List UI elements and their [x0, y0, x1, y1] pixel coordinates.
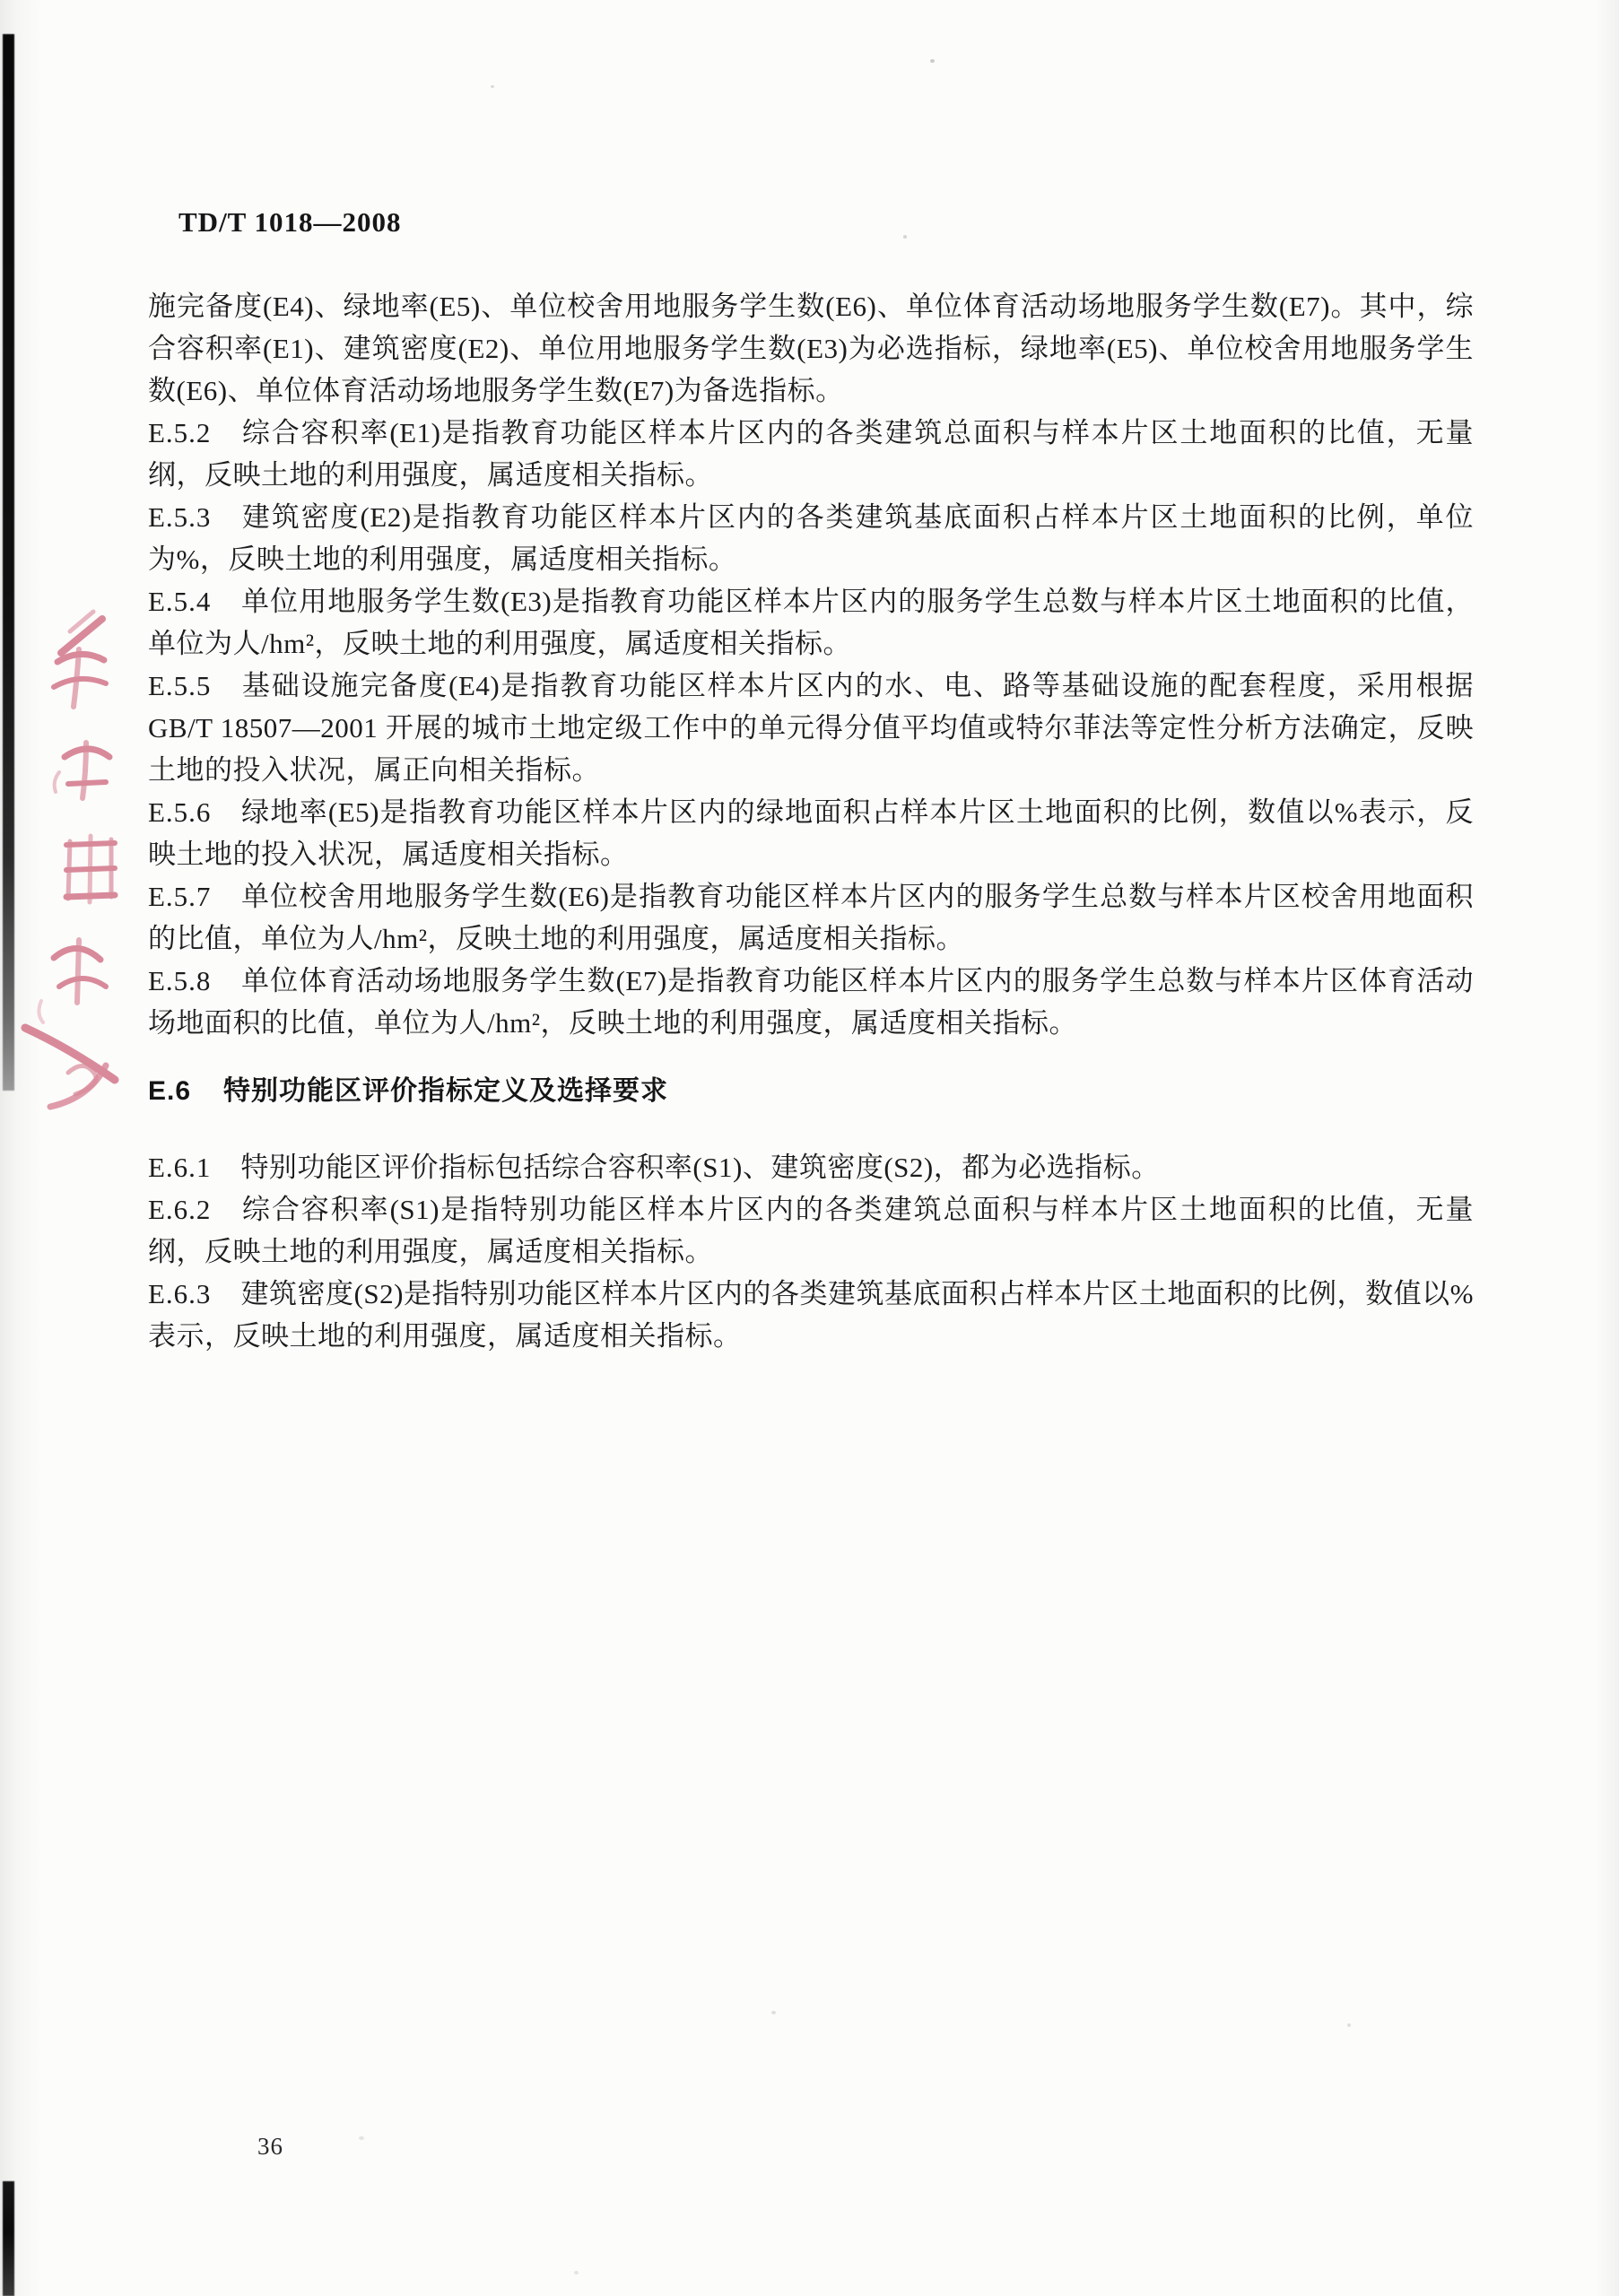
clause-text: 单位体育活动场地服务学生数(E7)是指教育功能区样本片区内的服务学生总数与样本片… [148, 965, 1474, 1039]
paragraph-continuation: 施完备度(E4)、绿地率(E5)、单位校舍用地服务学生数(E6)、单位体育活动场… [148, 285, 1474, 412]
red-ink-seal-icon [14, 606, 127, 1114]
scan-artifact-bar-top [3, 34, 14, 1091]
clause-e52: E.5.2综合容积率(E1)是指教育功能区样本片区内的各类建筑总面积与样本片区土… [148, 412, 1474, 496]
clause-number: E.5.4 [148, 580, 211, 622]
clause-text: 基础设施完备度(E4)是指教育功能区样本片区内的水、电、路等基础设施的配套程度，… [148, 670, 1474, 786]
clause-number: E.5.7 [148, 875, 211, 918]
clause-number: E.5.8 [148, 960, 211, 1002]
clause-text: 建筑密度(E2)是指教育功能区样本片区内的各类建筑基底面积占样本片区土地面积的比… [148, 501, 1474, 575]
section-title: 特别功能区评价指标定义及选择要求 [223, 1076, 668, 1106]
clause-number: E.6.2 [148, 1188, 211, 1231]
clause-e56: E.5.6绿地率(E5)是指教育功能区样本片区内的绿地面积占样本片区土地面积的比… [148, 791, 1474, 875]
scan-speck [491, 85, 494, 88]
clause-number: E.6.3 [148, 1273, 211, 1315]
paragraph-text: 施完备度(E4)、绿地率(E5)、单位校舍用地服务学生数(E6)、单位体育活动场… [148, 291, 1474, 406]
clause-number: E.5.5 [148, 665, 211, 707]
clause-e53: E.5.3建筑密度(E2)是指教育功能区样本片区内的各类建筑基底面积占样本片区土… [148, 496, 1474, 580]
scan-speck [359, 2136, 364, 2140]
clause-e55: E.5.5基础设施完备度(E4)是指教育功能区样本片区内的水、电、路等基础设施的… [148, 665, 1474, 791]
section-number: E.6 [148, 1070, 191, 1112]
clause-number: E.5.6 [148, 791, 211, 833]
clause-e57: E.5.7单位校舍用地服务学生数(E6)是指教育功能区样本片区内的服务学生总数与… [148, 875, 1474, 960]
standard-number-header: TD/T 1018—2008 [178, 206, 402, 239]
scanned-document-page: { "page": { "header_code": "TD/T 1018—20… [0, 0, 1619, 2296]
scan-speck [574, 2271, 579, 2274]
page-number: 36 [257, 2133, 283, 2161]
clause-e58: E.5.8单位体育活动场地服务学生数(E7)是指教育功能区样本片区内的服务学生总… [148, 960, 1474, 1044]
scan-speck [1347, 2023, 1351, 2027]
scan-speck [771, 2011, 776, 2014]
clause-number: E.5.3 [148, 496, 211, 538]
scan-speck [930, 59, 935, 63]
clause-e62: E.6.2综合容积率(S1)是指特别功能区样本片区内的各类建筑总面积与样本片区土… [148, 1188, 1474, 1273]
clause-number: E.6.1 [148, 1146, 211, 1188]
clause-e63: E.6.3建筑密度(S2)是指特别功能区样本片区内的各类建筑基底面积占样本片区土… [148, 1273, 1474, 1357]
clause-e54: E.5.4单位用地服务学生数(E3)是指教育功能区样本片区内的服务学生总数与样本… [148, 580, 1474, 665]
document-body: 施完备度(E4)、绿地率(E5)、单位校舍用地服务学生数(E6)、单位体育活动场… [148, 285, 1474, 1357]
clause-text: 特别功能区评价指标包括综合容积率(S1)、建筑密度(S2)，都为必选指标。 [240, 1152, 1159, 1183]
clause-e61: E.6.1特别功能区评价指标包括综合容积率(S1)、建筑密度(S2)，都为必选指… [148, 1146, 1474, 1188]
scan-artifact-bar-bottom [3, 2181, 14, 2296]
clause-text: 单位校舍用地服务学生数(E6)是指教育功能区样本片区内的服务学生总数与样本片区校… [148, 881, 1474, 954]
right-edge-shading [1596, 0, 1619, 2296]
clause-number: E.5.2 [148, 412, 211, 454]
section-heading-e6: E.6特别功能区评价指标定义及选择要求 [148, 1070, 1474, 1112]
clause-text: 单位用地服务学生数(E3)是指教育功能区样本片区内的服务学生总数与样本片区土地面… [148, 586, 1474, 659]
scan-speck [903, 235, 907, 239]
clause-text: 建筑密度(S2)是指特别功能区样本片区内的各类建筑基底面积占样本片区土地面积的比… [148, 1278, 1474, 1352]
clause-text: 绿地率(E5)是指教育功能区样本片区内的绿地面积占样本片区土地面积的比例，数值以… [148, 796, 1474, 870]
clause-text: 综合容积率(S1)是指特别功能区样本片区内的各类建筑总面积与样本片区土地面积的比… [148, 1194, 1474, 1267]
clause-text: 综合容积率(E1)是指教育功能区样本片区内的各类建筑总面积与样本片区土地面积的比… [148, 417, 1474, 491]
